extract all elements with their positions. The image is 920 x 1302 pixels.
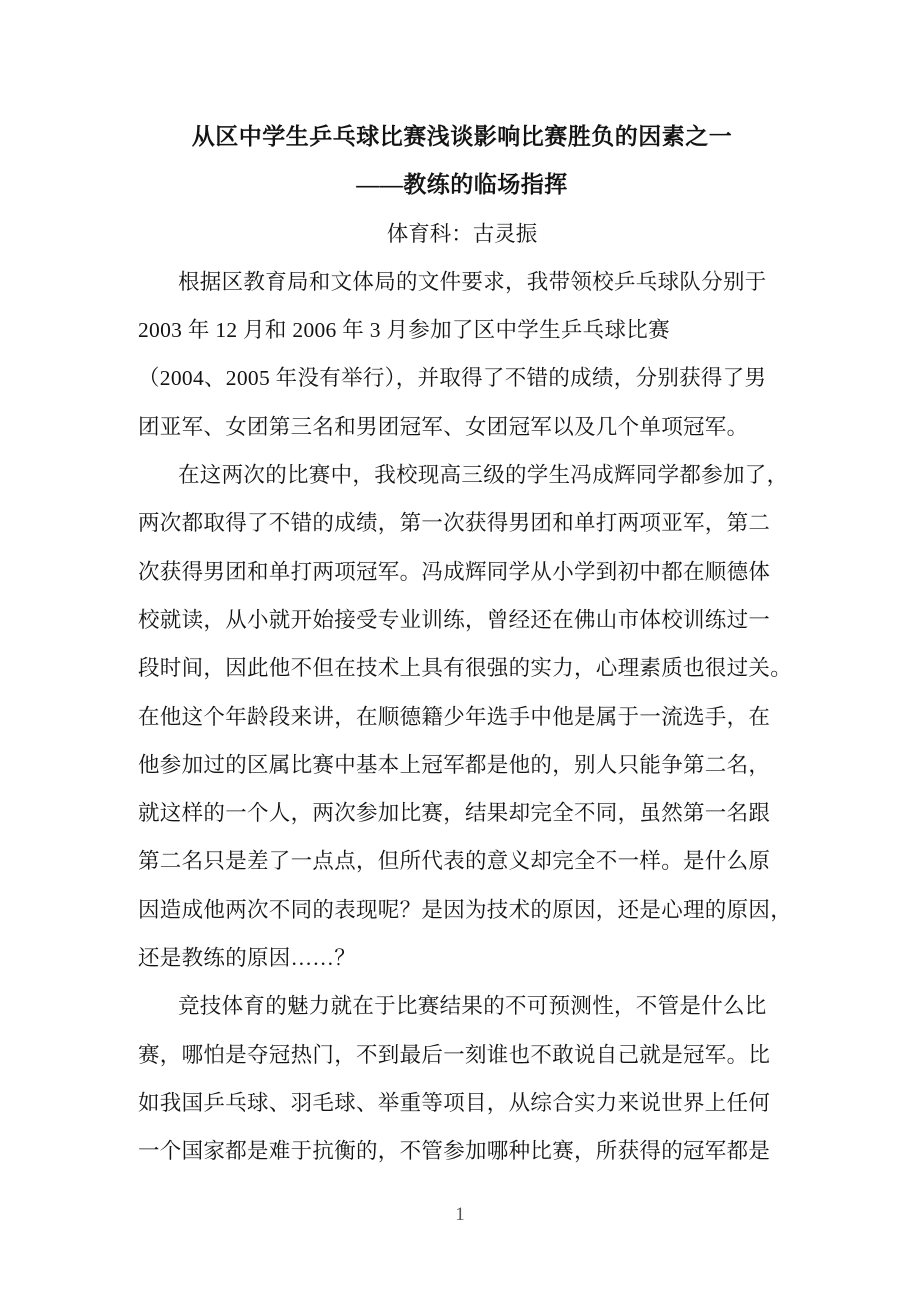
page-canvas: 从区中学生乒乓球比赛浅谈影响比赛胜负的因素之一 ——教练的临场指挥 体育科：古灵…	[0, 0, 920, 1302]
text-line: 根据区教育局和文体局的文件要求，我带领校乒乓球队分别于	[138, 258, 786, 306]
document-body: 根据区教育局和文体局的文件要求，我带领校乒乓球队分别于2003 年 12 月和 …	[138, 258, 786, 1176]
text-line: 第二名只是差了一点点，但所代表的意义却完全不一样。是什么原	[138, 837, 786, 885]
text-line: 因造成他两次不同的表现呢？是因为技术的原因，还是心理的原因，	[138, 886, 786, 934]
document-title: 从区中学生乒乓球比赛浅谈影响比赛胜负的因素之一	[138, 113, 786, 161]
paragraph: 在这两次的比赛中，我校现高三级的学生冯成辉同学都参加了，两次都取得了不错的成绩，…	[138, 451, 786, 982]
text-line: 校就读，从小就开始接受专业训练，曾经还在佛山市体校训练过一	[138, 596, 786, 644]
text-line: 赛，哪怕是夺冠热门，不到最后一刻谁也不敢说自己就是冠军。比	[138, 1031, 786, 1079]
document-page: { "document": { "title": "从区中学生乒乓球比赛浅谈影响…	[0, 0, 920, 1302]
text-line: 就这样的一个人，两次参加比赛，结果却完全不同，虽然第一名跟	[138, 789, 786, 837]
paragraph: 根据区教育局和文体局的文件要求，我带领校乒乓球队分别于2003 年 12 月和 …	[138, 258, 786, 451]
paragraph: 竞技体育的魅力就在于比赛结果的不可预测性，不管是什么比赛，哪怕是夺冠热门，不到最…	[138, 982, 786, 1175]
document-content: 从区中学生乒乓球比赛浅谈影响比赛胜负的因素之一 ——教练的临场指挥 体育科：古灵…	[138, 113, 786, 1176]
text-line: 在这两次的比赛中，我校现高三级的学生冯成辉同学都参加了，	[138, 451, 786, 499]
text-line: 如我国乒乓球、羽毛球、举重等项目，从综合实力来说世界上任何	[138, 1079, 786, 1127]
text-line: 2003 年 12 月和 2006 年 3 月参加了区中学生乒乓球比赛	[138, 306, 786, 354]
text-line: 竞技体育的魅力就在于比赛结果的不可预测性，不管是什么比	[138, 982, 786, 1030]
document-subtitle: ——教练的临场指挥	[138, 161, 786, 209]
text-line: 还是教练的原因……？	[138, 934, 786, 982]
text-line: 段时间，因此他不但在技术上具有很强的实力，心理素质也很过关。	[138, 644, 786, 692]
text-line: 团亚军、女团第三名和男团冠军、女团冠军以及几个单项冠军。	[138, 403, 786, 451]
text-line: 一个国家都是难于抗衡的，不管参加哪种比赛，所获得的冠军都是	[138, 1127, 786, 1175]
text-line: 他参加过的区属比赛中基本上冠军都是他的，别人只能争第二名，	[138, 741, 786, 789]
author-line: 体育科：古灵振	[138, 210, 786, 258]
text-line: 在他这个年龄段来讲，在顺德籍少年选手中他是属于一流选手，在	[138, 693, 786, 741]
text-line: 两次都取得了不错的成绩，第一次获得男团和单打两项亚军，第二	[138, 499, 786, 547]
text-line: （2004、2005 年没有举行），并取得了不错的成绩，分别获得了男	[138, 354, 786, 402]
text-line: 次获得男团和单打两项冠军。冯成辉同学从小学到初中都在顺德体	[138, 548, 786, 596]
page-number: 1	[0, 1200, 920, 1230]
